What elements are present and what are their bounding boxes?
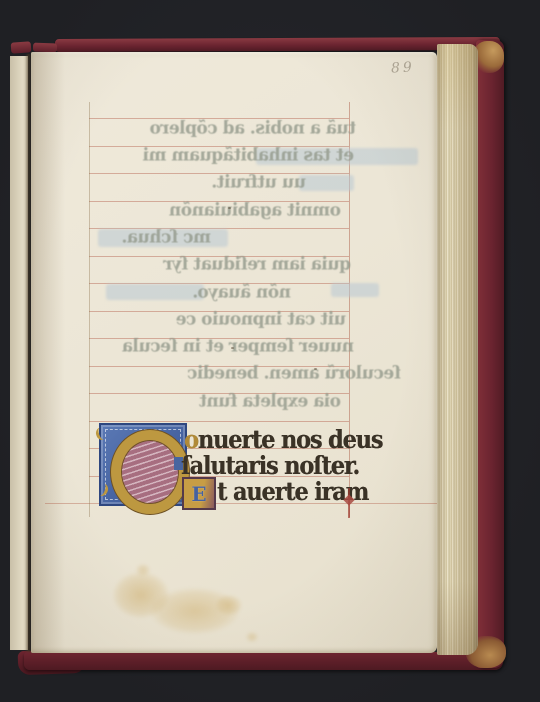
bleedthrough-line: uit cat inpnouio ce (96, 308, 346, 329)
versal-initial-e: E (182, 477, 216, 510)
line-filler-diamond (343, 494, 354, 505)
bleedthrough-blue-band (331, 283, 379, 297)
book-cover-right (476, 40, 504, 668)
bleedthrough-line: nõn ãuayo. (151, 281, 291, 302)
gold-flourish (94, 481, 110, 497)
bleedthrough-line: quia iam reſiduat ſyr (96, 253, 351, 274)
bleedthrough-line: nuuer ſemper et in ſecula (96, 335, 354, 356)
gold-letter-o: o (184, 426, 198, 455)
ruled-line (89, 421, 349, 422)
bleedthrough-line: et tas inhabitãquam mi (109, 144, 354, 165)
folio-number: 89 (391, 59, 416, 76)
stain (216, 595, 242, 615)
ink-speck (231, 347, 234, 349)
page-stack-fore-edge (437, 44, 478, 655)
stain (246, 632, 258, 642)
versal-letter: E (191, 482, 206, 506)
bleedthrough-line: mc ſchua. (96, 226, 211, 247)
bleedthrough-line: oia expleta funt (111, 390, 341, 411)
margin-rule-left (89, 102, 90, 517)
bleedthrough-line: omnit agabiuianõn (151, 199, 341, 220)
book-cover-fragment (33, 43, 57, 53)
book-cover-bottom-edge (24, 652, 503, 670)
gold-flourish (94, 425, 109, 441)
book-cover-top-edge (55, 37, 500, 52)
line-filler-mark (343, 488, 355, 518)
illuminated-initial-c (99, 423, 187, 506)
book-cover-fragment (11, 41, 32, 53)
text-line-1-rest: nuerte nos deus (198, 426, 382, 455)
bleedthrough-line: tuã a nobis. ad cõplero (146, 117, 356, 138)
bleedthrough-line: uu utfruit. (196, 171, 306, 192)
text-line-1: onuerte nos deus (184, 426, 382, 455)
photo-background: 89 tuã a nobis. ad cõpleroet tas inhabit… (0, 0, 540, 702)
gutter-shadow (31, 52, 65, 653)
bleedthrough-blue-band (299, 175, 354, 191)
stain (136, 564, 150, 576)
initial-letter-ring (111, 430, 189, 514)
bleedthrough-line: ſeculorũ amen. benedic (96, 362, 401, 383)
ink-speck (228, 207, 231, 209)
ink-speck (314, 368, 317, 370)
manuscript-page: 89 tuã a nobis. ad cõpleroet tas inhabit… (31, 52, 437, 653)
